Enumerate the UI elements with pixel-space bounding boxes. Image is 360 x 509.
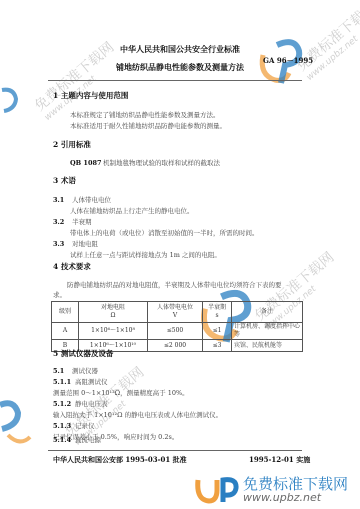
document-page: 免费标准下载网 www.upbz.net 免费标准下载网 www.upbz.ne… [0,0,360,509]
brand-url: www.upbz.net [243,492,348,504]
reference-title: 机制地毯物理试验的取样和试样的截取法 [103,160,220,167]
item-text: 测量范围 0～1×10¹²Ω，测量精度高于 10%。 [53,390,189,397]
item-text: 记录仪误差小于 0.5%，响应时间为 0.2s。 [53,434,178,441]
up-logo-icon [0,395,50,455]
requirements-table: 级别 对地电阻Ω 人体带电电位V 半衰期s 备注 A 1×10⁶～1×10⁸ ≤… [51,301,303,352]
table-row: A 1×10⁶～1×10⁸ ≤500 ≤1 计算机房、调度指挥中心等 [52,323,303,340]
brand-name-cn: 免费标准下载网 [243,476,348,492]
item-number: 5.1.3 [53,423,71,430]
term-definition: 人体在铺地纺织品上行走产生的静电电位。 [70,208,194,215]
item-text: 直流电源 [75,437,101,444]
cell-body-potential: ≤2 000 [148,340,203,352]
item-number: 5.1.4 [53,437,71,444]
term-definition: 试样上任意一点与距试样接地点为 1m 之间的电阻。 [70,252,221,259]
term-name: 对地电阻 [72,241,98,248]
footer-divider [48,450,302,451]
item-number: 5.1 [53,368,64,375]
item-text: 记录仪 [75,423,95,430]
reference-code: QB 1087 [70,160,102,167]
site-brand: 免费标准下载网 www.upbz.net [195,474,348,506]
item-text: 静电电压表 [75,401,108,408]
org-title: 中华人民共和国公共安全行业标准 [0,45,360,53]
cell-grade: A [52,323,79,340]
col-header-remarks: 备注 [232,302,303,323]
col-header-resistance: 对地电阻Ω [79,302,148,323]
section-4-heading: 4 技术要求 [53,263,91,271]
cell-half-life: ≤1 [203,323,232,340]
up-logo-icon [0,85,20,115]
cell-resistance: 1×10⁶～1×10⁸ [79,323,148,340]
term-number: 3.2 [53,219,64,226]
approval-info: 中华人民共和国公安部 1995-03-01 批准 [53,456,187,463]
term-number: 3.1 [53,197,64,204]
cell-half-life: ≤3 [203,340,232,352]
col-header-body-potential: 人体带电电位V [148,302,203,323]
section-1-line-2: 本标准适用于耐久性铺地纺织品防静电能参数的测量。 [70,123,226,130]
item-number: 5.1.1 [53,379,71,386]
col-header-half-life: 半衰期s [203,302,232,323]
header-divider [48,80,302,81]
cell-body-potential: ≤500 [148,323,203,340]
col-header-grade: 级别 [52,302,79,323]
section-1-line-1: 本标准规定了铺地纺织品静电性能参数及测量方法。 [70,112,220,119]
doc-title: 铺地纺织品静电性能参数及测量方法 [0,63,360,71]
section-4-intro-line-2: 求。 [53,292,66,299]
section-3-heading: 3 术语 [53,177,76,185]
table-header-row: 级别 对地电阻Ω 人体带电电位V 半衰期s 备注 [52,302,303,323]
term-name: 半衰期 [72,219,92,226]
up-logo-icon [195,474,239,506]
item-text: 测试仪器 [72,368,98,375]
section-1-heading: 1 主题内容与使用范围 [53,92,128,100]
item-text: 输入阻抗大于 1×10¹²Ω 的静电电压表或人体电位测试仪。 [53,412,222,419]
term-definition: 带电体上的电荷（或电位）消散至初始值的一半时，所需的时间。 [70,230,259,237]
implementation-info: 1995-12-01 实施 [249,456,310,463]
item-number: 5.1.2 [53,401,71,408]
section-4-intro-line-1: 防静电铺地纺织品的对地电阻值，半衰期及人体带电电位均须符合下表的要 [67,282,282,289]
cell-remarks: 计算机房、调度指挥中心等 [232,323,303,340]
section-2-heading: 2 引用标准 [53,141,91,149]
section-5-heading: 5 测试仪器及设备 [53,350,113,358]
cell-remarks: 宾馆、民航机舱等 [232,340,303,352]
term-number: 3.3 [53,241,64,248]
term-name: 人体带电电位 [72,197,111,204]
item-text: 高阻测试仪 [75,379,108,386]
